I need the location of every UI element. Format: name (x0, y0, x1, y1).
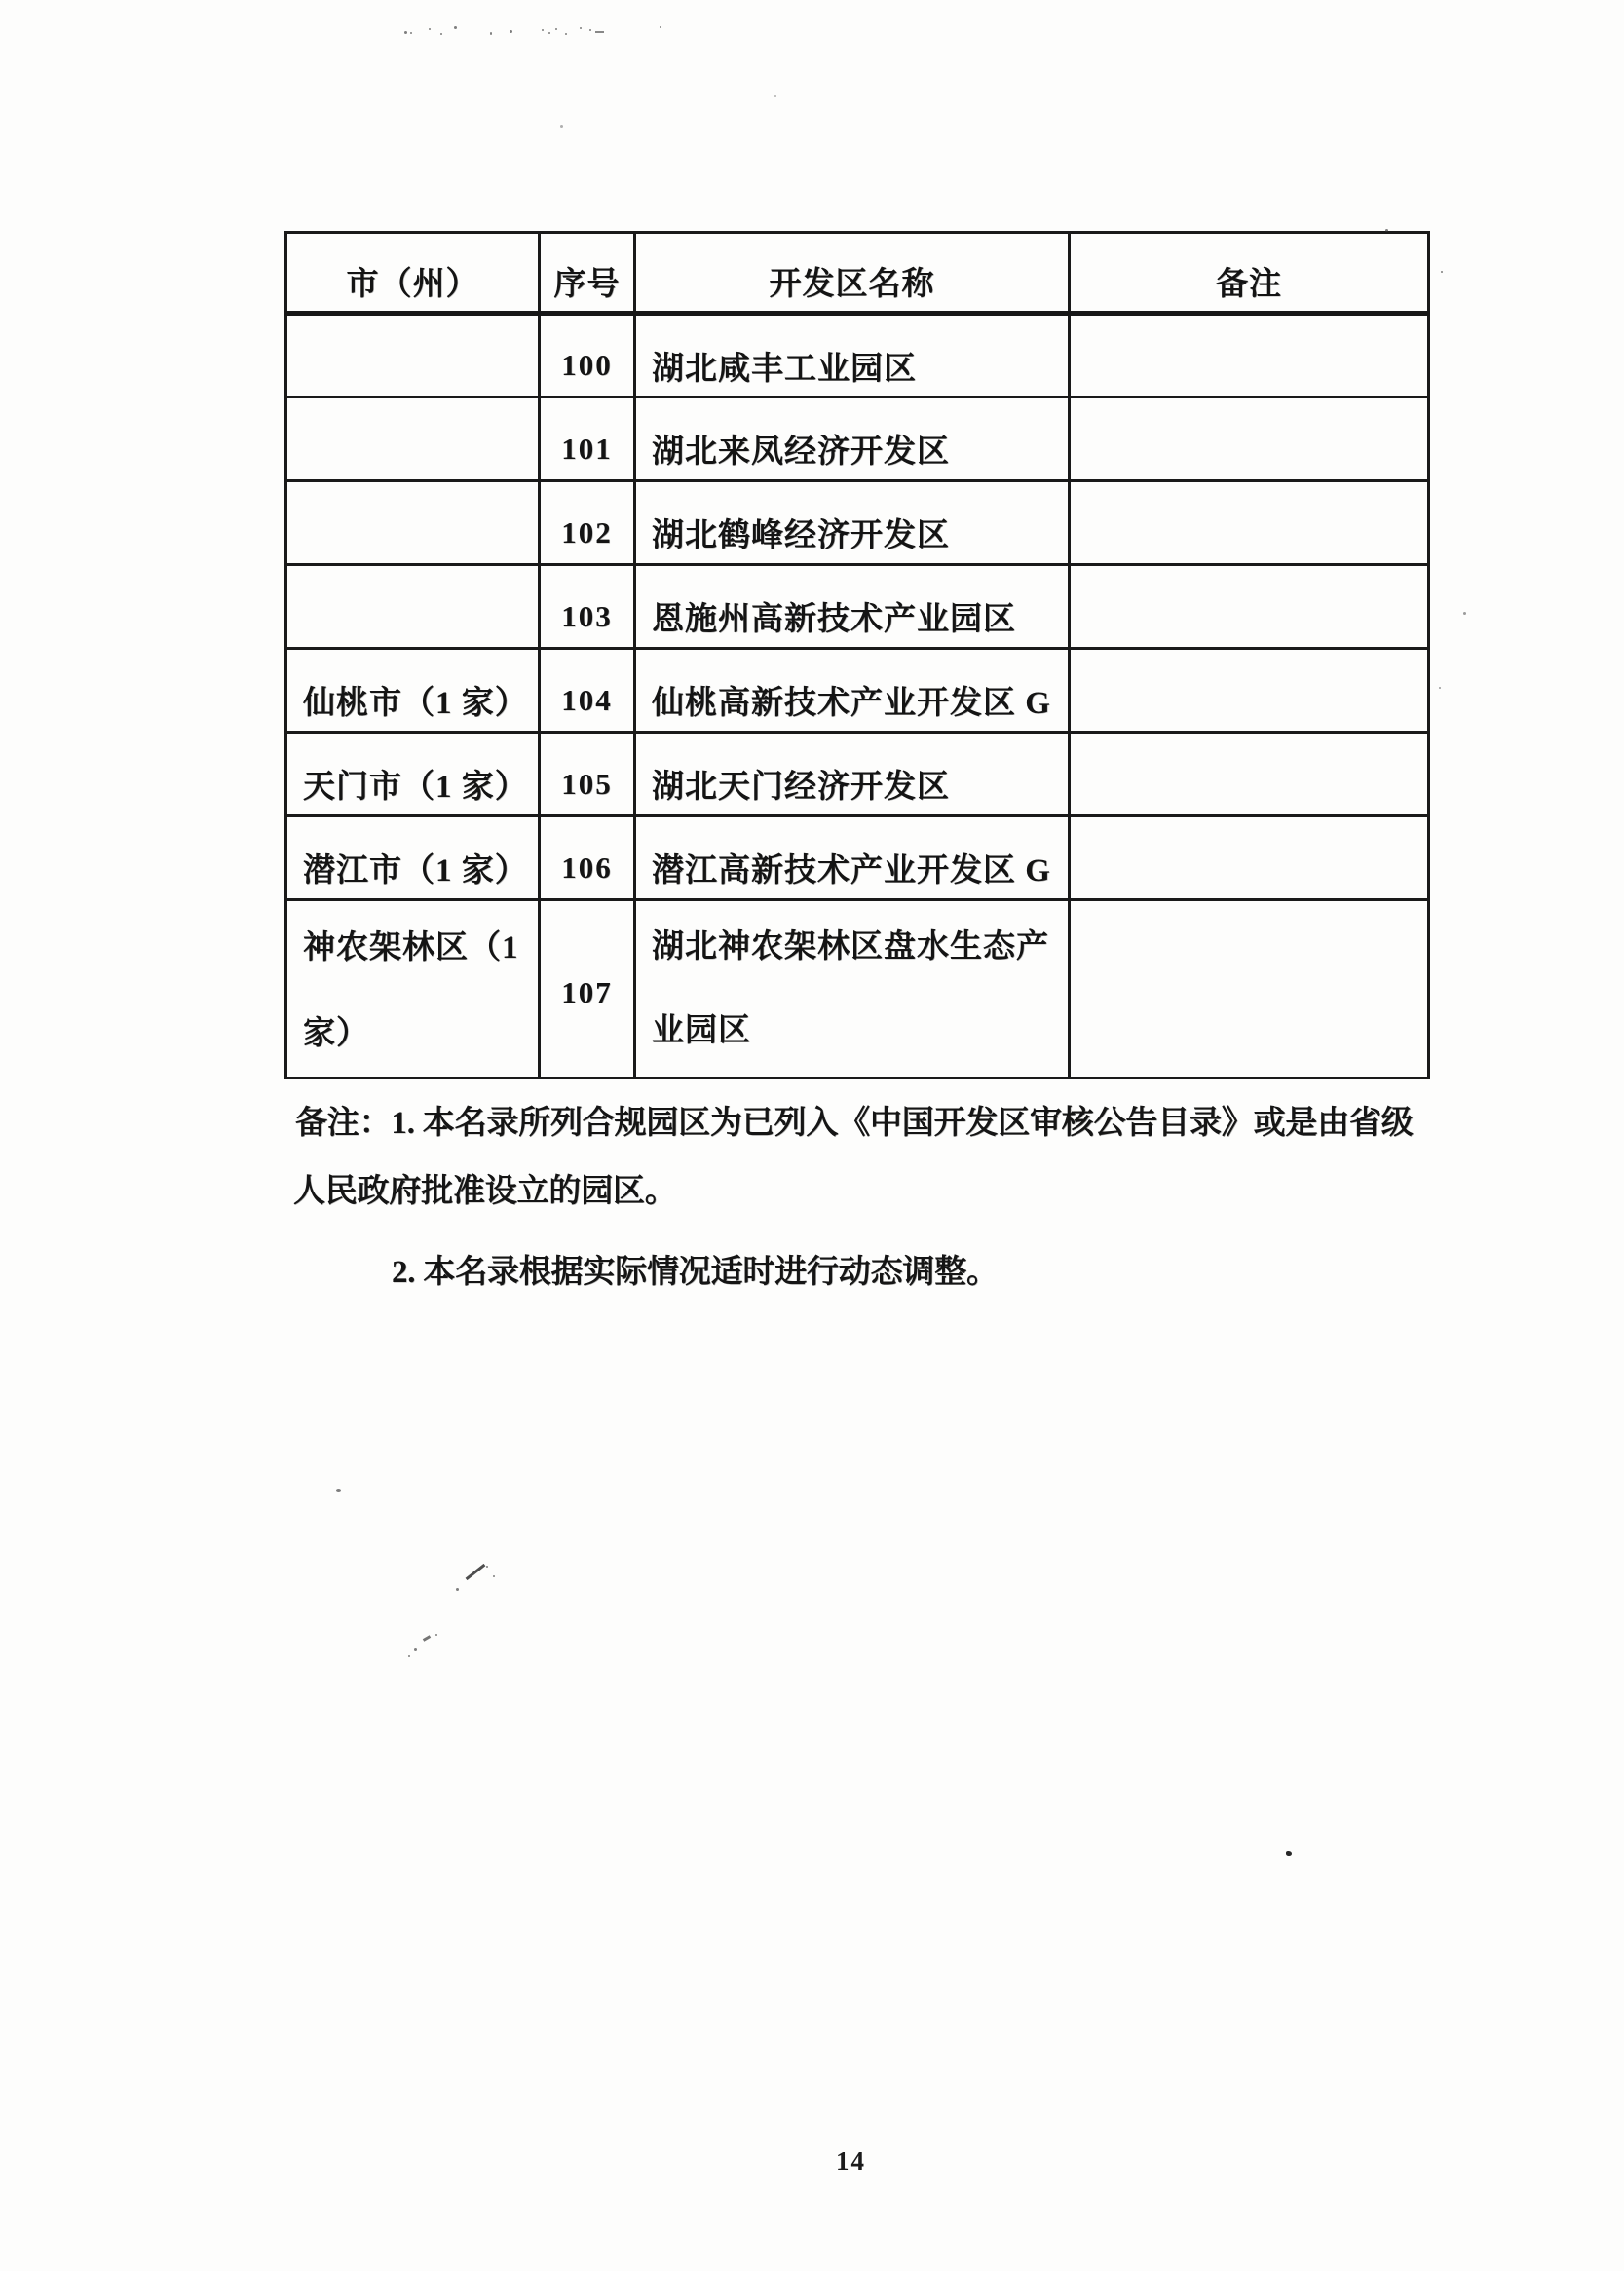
remark-cell (1070, 481, 1429, 565)
remark-cell (1070, 649, 1429, 733)
name-cell: 湖北来凤经济开发区 (635, 397, 1070, 481)
index-cell: 100 (540, 314, 635, 397)
document-page: 市（州） 序号 开发区名称 备注 100 湖北咸丰工业园区 101 湖北来凤经济… (0, 0, 1624, 2271)
footnote-line-1: 备注：1. 本名录所列合规园区为已列入《中国开发区审核公告目录》或是由省级 (295, 1097, 1414, 1143)
name-cell: 恩施州高新技术产业园区 (635, 565, 1070, 649)
table-row: 神农架林区（1 家） 107 湖北神农架林区盘水生态产业园区 (286, 900, 1429, 1079)
city-cell: 潜江市（1 家） (286, 816, 540, 900)
city-cell: 神农架林区（1 家） (286, 900, 540, 1079)
footnote-line-3: 2. 本名录根据实际情况适时进行动态调整。 (392, 1246, 999, 1292)
table-row: 100 湖北咸丰工业园区 (286, 314, 1429, 397)
table-header-row: 市（州） 序号 开发区名称 备注 (286, 233, 1429, 314)
city-cell (286, 397, 540, 481)
index-cell: 105 (540, 733, 635, 816)
index-cell: 104 (540, 649, 635, 733)
remark-cell (1070, 565, 1429, 649)
header-remark: 备注 (1070, 233, 1429, 314)
table-row: 仙桃市（1 家） 104 仙桃高新技术产业开发区 G (286, 649, 1429, 733)
city-cell: 仙桃市（1 家） (286, 649, 540, 733)
index-cell: 101 (540, 397, 635, 481)
page-number: 14 (836, 2146, 866, 2176)
remark-cell (1070, 733, 1429, 816)
city-cell (286, 314, 540, 397)
city-cell (286, 565, 540, 649)
name-cell: 仙桃高新技术产业开发区 G (635, 649, 1070, 733)
table-row: 102 湖北鹤峰经济开发区 (286, 481, 1429, 565)
header-index: 序号 (540, 233, 635, 314)
remark-cell (1070, 816, 1429, 900)
header-name: 开发区名称 (635, 233, 1070, 314)
name-cell: 潜江高新技术产业开发区 G (635, 816, 1070, 900)
remark-cell (1070, 314, 1429, 397)
index-cell: 106 (540, 816, 635, 900)
table-row: 103 恩施州高新技术产业园区 (286, 565, 1429, 649)
remark-cell (1070, 397, 1429, 481)
remark-cell (1070, 900, 1429, 1079)
name-cell: 湖北鹤峰经济开发区 (635, 481, 1070, 565)
header-city: 市（州） (286, 233, 540, 314)
table-row: 天门市（1 家） 105 湖北天门经济开发区 (286, 733, 1429, 816)
city-cell: 天门市（1 家） (286, 733, 540, 816)
table-row: 潜江市（1 家） 106 潜江高新技术产业开发区 G (286, 816, 1429, 900)
index-cell: 107 (540, 900, 635, 1079)
name-cell: 湖北咸丰工业园区 (635, 314, 1070, 397)
index-cell: 103 (540, 565, 635, 649)
index-cell: 102 (540, 481, 635, 565)
table-row: 101 湖北来凤经济开发区 (286, 397, 1429, 481)
name-cell: 湖北神农架林区盘水生态产业园区 (635, 900, 1070, 1079)
footnote-line-2: 人民政府批准设立的园区。 (293, 1165, 677, 1211)
city-cell (286, 481, 540, 565)
development-zones-table: 市（州） 序号 开发区名称 备注 100 湖北咸丰工业园区 101 湖北来凤经济… (284, 231, 1430, 1079)
name-cell: 湖北天门经济开发区 (635, 733, 1070, 816)
